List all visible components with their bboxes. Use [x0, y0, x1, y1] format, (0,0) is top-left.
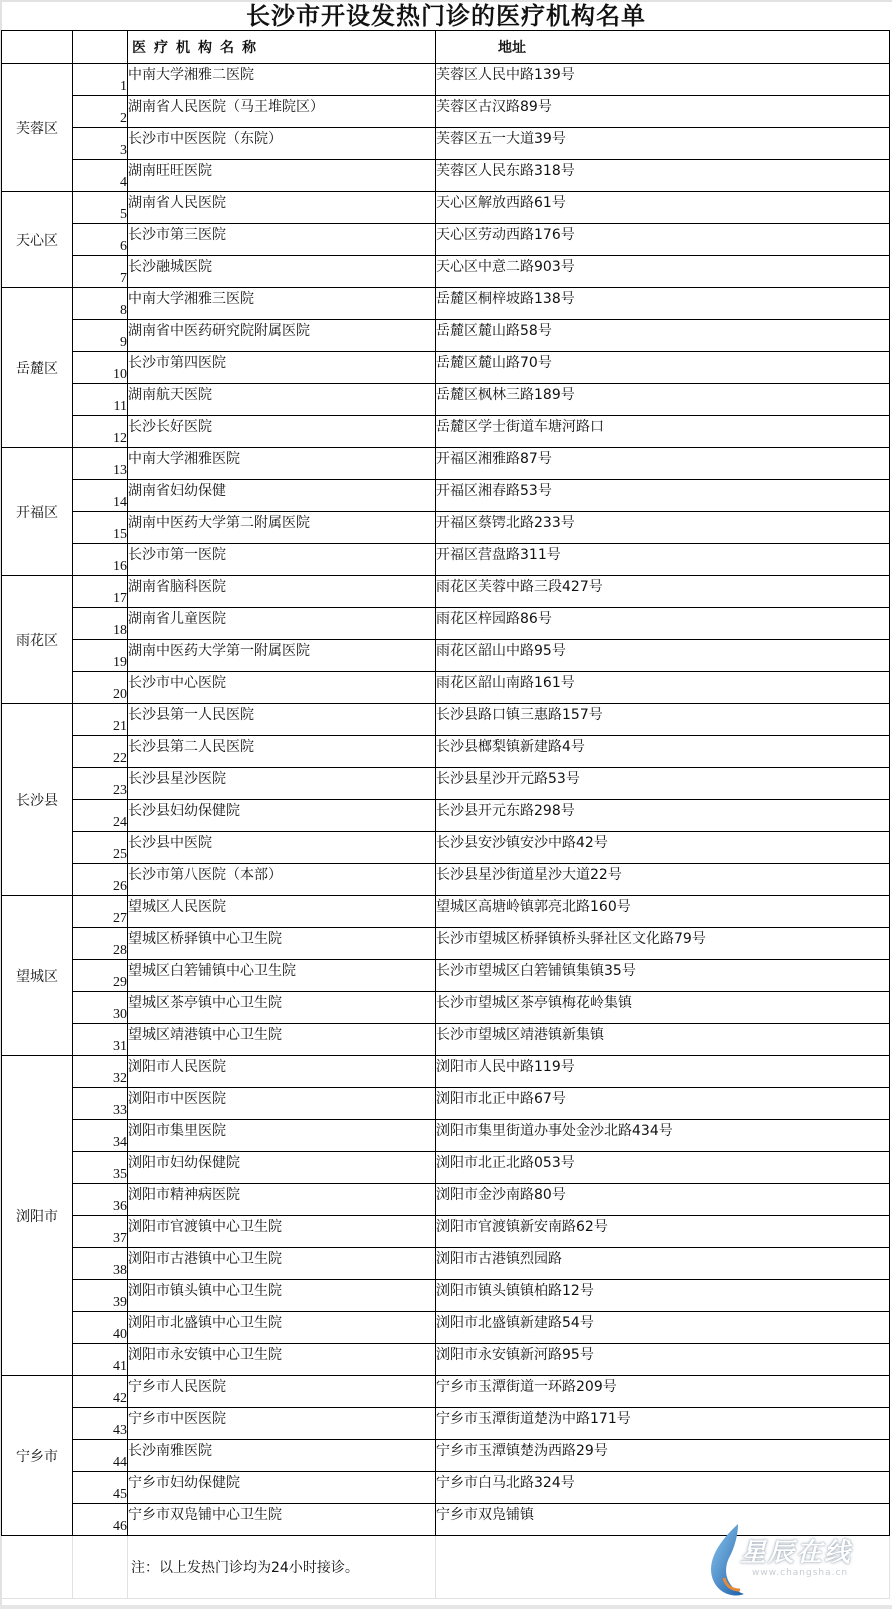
number-cell: 5	[73, 192, 128, 224]
hospital-name-cell: 望城区茶亭镇中心卫生院	[128, 992, 436, 1024]
table-row: 浏阳市32浏阳市人民医院浏阳市人民中路119号	[2, 1056, 890, 1088]
table-row: 宁乡市42宁乡市人民医院宁乡市玉潭街道一环路209号	[2, 1376, 890, 1408]
number-cell: 13	[73, 448, 128, 480]
table-row: 16长沙市第一医院开福区营盘路311号	[2, 544, 890, 576]
address-cell: 岳麓区麓山路70号	[436, 352, 890, 384]
number-cell: 19	[73, 640, 128, 672]
address-cell: 芙蓉区人民中路139号	[436, 64, 890, 96]
table-row: 20长沙市中心医院雨花区韶山南路161号	[2, 672, 890, 704]
hospital-name-cell: 长沙市第一医院	[128, 544, 436, 576]
table-row: 2湖南省人民医院（马王堆院区）芙蓉区古汉路89号	[2, 96, 890, 128]
hospital-name-cell: 长沙市中心医院	[128, 672, 436, 704]
address-cell: 雨花区韶山南路161号	[436, 672, 890, 704]
district-cell: 长沙县	[2, 704, 73, 896]
number-cell: 27	[73, 896, 128, 928]
number-cell: 41	[73, 1344, 128, 1376]
table-row: 41浏阳市永安镇中心卫生院浏阳市永安镇新河路95号	[2, 1344, 890, 1376]
address-cell: 浏阳市北正北路053号	[436, 1152, 890, 1184]
page-title: 长沙市开设发热门诊的医疗机构名单	[0, 0, 892, 30]
hospital-name-cell: 湖南旺旺医院	[128, 160, 436, 192]
table-row: 45宁乡市妇幼保健院宁乡市白马北路324号	[2, 1472, 890, 1504]
address-cell: 浏阳市北正中路67号	[436, 1088, 890, 1120]
hospital-name-cell: 湖南省中医药研究院附属医院	[128, 320, 436, 352]
table-row: 40浏阳市北盛镇中心卫生院浏阳市北盛镇新建路54号	[2, 1312, 890, 1344]
address-cell: 浏阳市金沙南路80号	[436, 1184, 890, 1216]
hospital-name-cell: 长沙长好医院	[128, 416, 436, 448]
table-row: 36浏阳市精神病医院浏阳市金沙南路80号	[2, 1184, 890, 1216]
number-cell: 12	[73, 416, 128, 448]
table-row: 9湖南省中医药研究院附属医院岳麓区麓山路58号	[2, 320, 890, 352]
address-cell: 芙蓉区人民东路318号	[436, 160, 890, 192]
number-cell: 18	[73, 608, 128, 640]
hospital-name-cell: 望城区桥驿镇中心卫生院	[128, 928, 436, 960]
hospital-name-cell: 望城区人民医院	[128, 896, 436, 928]
hospital-name-cell: 浏阳市古港镇中心卫生院	[128, 1248, 436, 1280]
table-row: 35浏阳市妇幼保健院浏阳市北正北路053号	[2, 1152, 890, 1184]
table-row: 4湖南旺旺医院芙蓉区人民东路318号	[2, 160, 890, 192]
address-cell: 浏阳市官渡镇新安南路62号	[436, 1216, 890, 1248]
address-cell: 芙蓉区五一大道39号	[436, 128, 890, 160]
table-row: 30望城区茶亭镇中心卫生院长沙市望城区茶亭镇梅花岭集镇	[2, 992, 890, 1024]
address-cell: 浏阳市古港镇烈园路	[436, 1248, 890, 1280]
hospital-table: 医疗机构名称 地址 芙蓉区1中南大学湘雅二医院芙蓉区人民中路139号2湖南省人民…	[1, 30, 890, 1599]
address-cell: 望城区高塘岭镇郭亮北路160号	[436, 896, 890, 928]
number-cell: 30	[73, 992, 128, 1024]
district-cell: 开福区	[2, 448, 73, 576]
address-cell: 天心区劳动西路176号	[436, 224, 890, 256]
hospital-name-cell: 湖南省人民医院	[128, 192, 436, 224]
header-district	[2, 31, 73, 64]
table-row: 23长沙县星沙医院长沙县星沙开元路53号	[2, 768, 890, 800]
hospital-name-cell: 宁乡市人民医院	[128, 1376, 436, 1408]
table-row: 43宁乡市中医医院宁乡市玉潭街道楚沩中路171号	[2, 1408, 890, 1440]
number-cell: 16	[73, 544, 128, 576]
hospital-name-cell: 浏阳市官渡镇中心卫生院	[128, 1216, 436, 1248]
number-cell: 21	[73, 704, 128, 736]
hospital-name-cell: 望城区白箬铺镇中心卫生院	[128, 960, 436, 992]
table-row: 芙蓉区1中南大学湘雅二医院芙蓉区人民中路139号	[2, 64, 890, 96]
hospital-name-cell: 宁乡市中医医院	[128, 1408, 436, 1440]
address-cell: 浏阳市北盛镇新建路54号	[436, 1312, 890, 1344]
table-row: 雨花区17湖南省脑科医院雨花区芙蓉中路三段427号	[2, 576, 890, 608]
hospital-name-cell: 望城区靖港镇中心卫生院	[128, 1024, 436, 1056]
address-cell: 雨花区芙蓉中路三段427号	[436, 576, 890, 608]
address-cell: 雨花区韶山中路95号	[436, 640, 890, 672]
number-cell: 46	[73, 1504, 128, 1536]
table-row: 11湖南航天医院岳麓区枫林三路189号	[2, 384, 890, 416]
district-cell: 浏阳市	[2, 1056, 73, 1376]
hospital-name-cell: 中南大学湘雅三医院	[128, 288, 436, 320]
hospital-name-cell: 湖南中医药大学第一附属医院	[128, 640, 436, 672]
address-cell: 宁乡市玉潭街道楚沩中路171号	[436, 1408, 890, 1440]
district-cell: 芙蓉区	[2, 64, 73, 192]
address-cell: 岳麓区麓山路58号	[436, 320, 890, 352]
number-cell: 11	[73, 384, 128, 416]
table-row: 7长沙融城医院天心区中意二路903号	[2, 256, 890, 288]
table-row: 39浏阳市镇头镇中心卫生院浏阳市镇头镇镇柏路12号	[2, 1280, 890, 1312]
number-cell: 3	[73, 128, 128, 160]
address-cell: 岳麓区枫林三路189号	[436, 384, 890, 416]
address-cell: 开福区蔡锷北路233号	[436, 512, 890, 544]
number-cell: 24	[73, 800, 128, 832]
number-cell: 38	[73, 1248, 128, 1280]
number-cell: 26	[73, 864, 128, 896]
hospital-table-body: 医疗机构名称 地址 芙蓉区1中南大学湘雅二医院芙蓉区人民中路139号2湖南省人民…	[2, 31, 890, 1599]
hospital-name-cell: 湖南省儿童医院	[128, 608, 436, 640]
address-cell: 长沙市望城区靖港镇新集镇	[436, 1024, 890, 1056]
number-cell: 32	[73, 1056, 128, 1088]
hospital-name-cell: 湖南航天医院	[128, 384, 436, 416]
table-row: 3长沙市中医医院（东院）芙蓉区五一大道39号	[2, 128, 890, 160]
table-row: 19湖南中医药大学第一附属医院雨花区韶山中路95号	[2, 640, 890, 672]
address-cell: 天心区中意二路903号	[436, 256, 890, 288]
table-row: 46宁乡市双凫铺中心卫生院宁乡市双凫铺镇	[2, 1504, 890, 1536]
address-cell: 天心区解放西路61号	[436, 192, 890, 224]
hospital-name-cell: 长沙县妇幼保健院	[128, 800, 436, 832]
hospital-name-cell: 湖南省人民医院（马王堆院区）	[128, 96, 436, 128]
address-cell: 长沙县榔梨镇新建路4号	[436, 736, 890, 768]
number-cell: 28	[73, 928, 128, 960]
hospital-name-cell: 中南大学湘雅医院	[128, 448, 436, 480]
number-cell: 6	[73, 224, 128, 256]
number-cell: 36	[73, 1184, 128, 1216]
number-cell: 17	[73, 576, 128, 608]
table-row: 18湖南省儿童医院雨花区梓园路86号	[2, 608, 890, 640]
hospital-name-cell: 长沙县中医院	[128, 832, 436, 864]
address-cell: 开福区营盘路311号	[436, 544, 890, 576]
footer-empty-cell	[73, 1536, 128, 1599]
hospital-name-cell: 长沙融城医院	[128, 256, 436, 288]
address-cell: 长沙县开元东路298号	[436, 800, 890, 832]
table-row: 44长沙南雅医院宁乡市玉潭镇楚沩西路29号	[2, 1440, 890, 1472]
footer-empty-cell	[2, 1536, 73, 1599]
number-cell: 10	[73, 352, 128, 384]
table-row: 25长沙县中医院长沙县安沙镇安沙中路42号	[2, 832, 890, 864]
table-row: 6长沙市第三医院天心区劳动西路176号	[2, 224, 890, 256]
footer-row: 注：以上发热门诊均为24小时接诊。	[2, 1536, 890, 1599]
hospital-name-cell: 长沙市第三医院	[128, 224, 436, 256]
address-cell: 宁乡市双凫铺镇	[436, 1504, 890, 1536]
table-row: 24长沙县妇幼保健院长沙县开元东路298号	[2, 800, 890, 832]
address-cell: 宁乡市玉潭镇楚沩西路29号	[436, 1440, 890, 1472]
hospital-name-cell: 浏阳市集里医院	[128, 1120, 436, 1152]
hospital-name-cell: 浏阳市精神病医院	[128, 1184, 436, 1216]
hospital-name-cell: 湖南中医药大学第二附属医院	[128, 512, 436, 544]
hospital-name-cell: 浏阳市妇幼保健院	[128, 1152, 436, 1184]
hospital-name-cell: 浏阳市中医医院	[128, 1088, 436, 1120]
number-cell: 45	[73, 1472, 128, 1504]
table-row: 38浏阳市古港镇中心卫生院浏阳市古港镇烈园路	[2, 1248, 890, 1280]
hospital-name-cell: 宁乡市双凫铺中心卫生院	[128, 1504, 436, 1536]
hospital-name-cell: 长沙市第四医院	[128, 352, 436, 384]
number-cell: 15	[73, 512, 128, 544]
table-row: 29望城区白箬铺镇中心卫生院长沙市望城区白箬铺镇集镇35号	[2, 960, 890, 992]
number-cell: 14	[73, 480, 128, 512]
hospital-name-cell: 长沙县第一人民医院	[128, 704, 436, 736]
header-name: 医疗机构名称	[128, 31, 436, 64]
address-cell: 宁乡市白马北路324号	[436, 1472, 890, 1504]
address-cell: 岳麓区学士街道车塘河路口	[436, 416, 890, 448]
address-cell: 长沙市望城区白箬铺镇集镇35号	[436, 960, 890, 992]
number-cell: 33	[73, 1088, 128, 1120]
number-cell: 9	[73, 320, 128, 352]
district-cell: 天心区	[2, 192, 73, 288]
table-row: 长沙县21长沙县第一人民医院长沙县路口镇三惠路157号	[2, 704, 890, 736]
address-cell: 开福区湘雅路87号	[436, 448, 890, 480]
hospital-name-cell: 长沙市第八医院（本部）	[128, 864, 436, 896]
number-cell: 44	[73, 1440, 128, 1472]
document-sheet: 长沙市开设发热门诊的医疗机构名单 医疗机构名称 地址 芙蓉区1中南大学湘雅二医院…	[0, 0, 892, 1609]
district-cell: 望城区	[2, 896, 73, 1056]
table-row: 14湖南省妇幼保健开福区湘春路53号	[2, 480, 890, 512]
number-cell: 20	[73, 672, 128, 704]
table-row: 12长沙长好医院岳麓区学士街道车塘河路口	[2, 416, 890, 448]
address-cell: 长沙县路口镇三惠路157号	[436, 704, 890, 736]
number-cell: 25	[73, 832, 128, 864]
district-cell: 宁乡市	[2, 1376, 73, 1536]
table-row: 天心区5湖南省人民医院天心区解放西路61号	[2, 192, 890, 224]
hospital-name-cell: 浏阳市北盛镇中心卫生院	[128, 1312, 436, 1344]
hospital-name-cell: 长沙县第二人民医院	[128, 736, 436, 768]
number-cell: 23	[73, 768, 128, 800]
number-cell: 22	[73, 736, 128, 768]
table-row: 33浏阳市中医医院浏阳市北正中路67号	[2, 1088, 890, 1120]
address-cell: 长沙市望城区茶亭镇梅花岭集镇	[436, 992, 890, 1024]
header-number	[73, 31, 128, 64]
hospital-name-cell: 长沙南雅医院	[128, 1440, 436, 1472]
address-cell: 芙蓉区古汉路89号	[436, 96, 890, 128]
table-row: 34浏阳市集里医院浏阳市集里街道办事处金沙北路434号	[2, 1120, 890, 1152]
district-cell: 岳麓区	[2, 288, 73, 448]
address-cell: 长沙县安沙镇安沙中路42号	[436, 832, 890, 864]
table-row: 开福区13中南大学湘雅医院开福区湘雅路87号	[2, 448, 890, 480]
hospital-name-cell: 长沙县星沙医院	[128, 768, 436, 800]
number-cell: 1	[73, 64, 128, 96]
address-cell: 长沙县星沙街道星沙大道22号	[436, 864, 890, 896]
hospital-name-cell: 浏阳市镇头镇中心卫生院	[128, 1280, 436, 1312]
number-cell: 35	[73, 1152, 128, 1184]
hospital-name-cell: 长沙市中医医院（东院）	[128, 128, 436, 160]
number-cell: 8	[73, 288, 128, 320]
number-cell: 2	[73, 96, 128, 128]
table-row: 37浏阳市官渡镇中心卫生院浏阳市官渡镇新安南路62号	[2, 1216, 890, 1248]
sheet-edge-bottom	[0, 1605, 892, 1609]
hospital-name-cell: 中南大学湘雅二医院	[128, 64, 436, 96]
number-cell: 7	[73, 256, 128, 288]
address-cell: 岳麓区桐梓坡路138号	[436, 288, 890, 320]
number-cell: 4	[73, 160, 128, 192]
address-cell: 浏阳市人民中路119号	[436, 1056, 890, 1088]
table-row: 15湖南中医药大学第二附属医院开福区蔡锷北路233号	[2, 512, 890, 544]
number-cell: 42	[73, 1376, 128, 1408]
table-row: 28望城区桥驿镇中心卫生院长沙市望城区桥驿镇桥头驿社区文化路79号	[2, 928, 890, 960]
table-header-row: 医疗机构名称 地址	[2, 31, 890, 64]
hospital-name-cell: 湖南省脑科医院	[128, 576, 436, 608]
number-cell: 40	[73, 1312, 128, 1344]
table-row: 31望城区靖港镇中心卫生院长沙市望城区靖港镇新集镇	[2, 1024, 890, 1056]
address-cell: 宁乡市玉潭街道一环路209号	[436, 1376, 890, 1408]
table-row: 10长沙市第四医院岳麓区麓山路70号	[2, 352, 890, 384]
address-cell: 开福区湘春路53号	[436, 480, 890, 512]
address-cell: 长沙县星沙开元路53号	[436, 768, 890, 800]
number-cell: 29	[73, 960, 128, 992]
table-row: 望城区27望城区人民医院望城区高塘岭镇郭亮北路160号	[2, 896, 890, 928]
table-row: 岳麓区8中南大学湘雅三医院岳麓区桐梓坡路138号	[2, 288, 890, 320]
hospital-name-cell: 湖南省妇幼保健	[128, 480, 436, 512]
hospital-name-cell: 浏阳市永安镇中心卫生院	[128, 1344, 436, 1376]
number-cell: 43	[73, 1408, 128, 1440]
address-cell: 浏阳市集里街道办事处金沙北路434号	[436, 1120, 890, 1152]
table-row: 22长沙县第二人民医院长沙县榔梨镇新建路4号	[2, 736, 890, 768]
district-cell: 雨花区	[2, 576, 73, 704]
hospital-name-cell: 宁乡市妇幼保健院	[128, 1472, 436, 1504]
address-cell: 浏阳市永安镇新河路95号	[436, 1344, 890, 1376]
header-address: 地址	[436, 31, 890, 64]
address-cell: 浏阳市镇头镇镇柏路12号	[436, 1280, 890, 1312]
address-cell: 长沙市望城区桥驿镇桥头驿社区文化路79号	[436, 928, 890, 960]
footer-empty-cell	[436, 1536, 890, 1599]
footer-note: 注：以上发热门诊均为24小时接诊。	[128, 1536, 436, 1599]
number-cell: 34	[73, 1120, 128, 1152]
number-cell: 37	[73, 1216, 128, 1248]
number-cell: 39	[73, 1280, 128, 1312]
address-cell: 雨花区梓园路86号	[436, 608, 890, 640]
hospital-name-cell: 浏阳市人民医院	[128, 1056, 436, 1088]
number-cell: 31	[73, 1024, 128, 1056]
table-row: 26长沙市第八医院（本部）长沙县星沙街道星沙大道22号	[2, 864, 890, 896]
